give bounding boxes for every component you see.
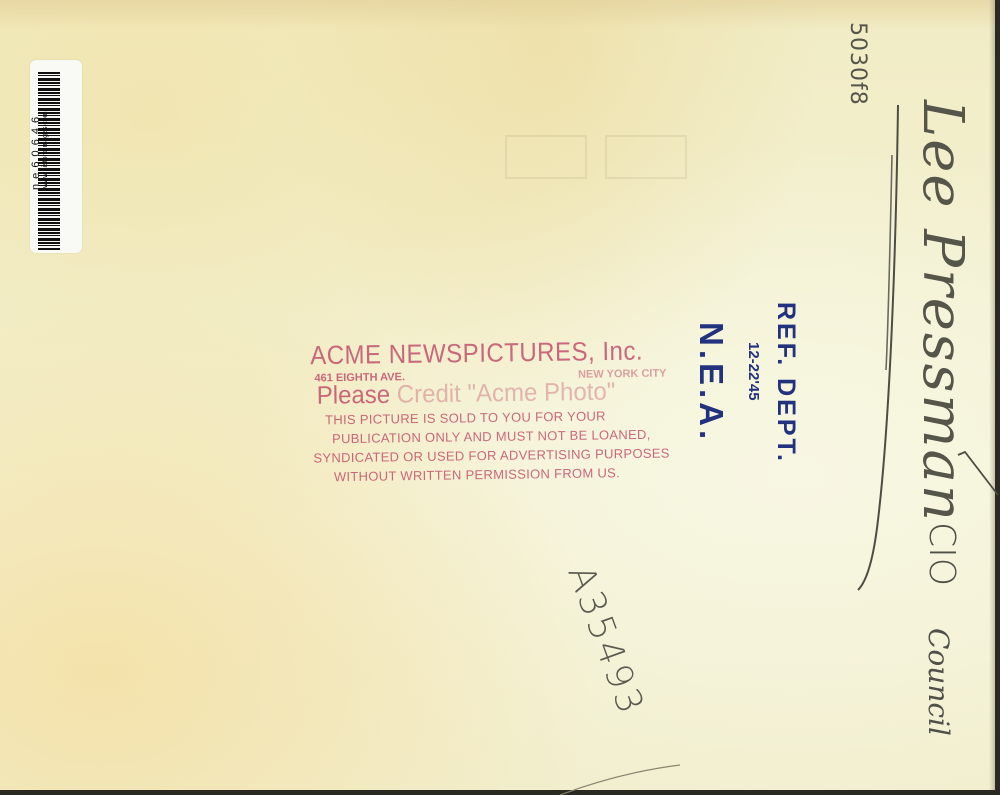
paper-right-edge (989, 0, 995, 790)
nea-ref-dept-stamp: REF. DEPT. 12-22'45 N.E.A. (680, 300, 800, 500)
acme-stamp-title: ACME NEWSPICTURES, Inc. (304, 336, 676, 372)
nea-department: REF. DEPT. (771, 302, 800, 464)
acme-credit-faded: Credit "Acme Photo" (397, 378, 616, 409)
acme-credit-prefix: Please (317, 381, 391, 410)
acme-newspictures-stamp: ACME NEWSPICTURES, Inc. 461 EIGHTH AVE. … (304, 337, 678, 486)
nea-date: 12-22'45 (745, 342, 762, 401)
acme-stamp-credit: Please Credit "Acme Photo" (305, 377, 677, 412)
barcode-digits: n e 6 0 6 4 6 (30, 10, 42, 190)
nea-agency: N.E.A. (692, 322, 730, 443)
handwritten-subject-name: Lee Pressman (910, 100, 975, 523)
handwritten-id-number: 5030f8 (845, 22, 870, 106)
handwritten-role: Council (922, 628, 955, 736)
barcode-url: www.historicimages.com (42, 111, 49, 188)
faint-bleed-through-marks (505, 125, 695, 285)
handwritten-organization: CIO (921, 522, 962, 586)
